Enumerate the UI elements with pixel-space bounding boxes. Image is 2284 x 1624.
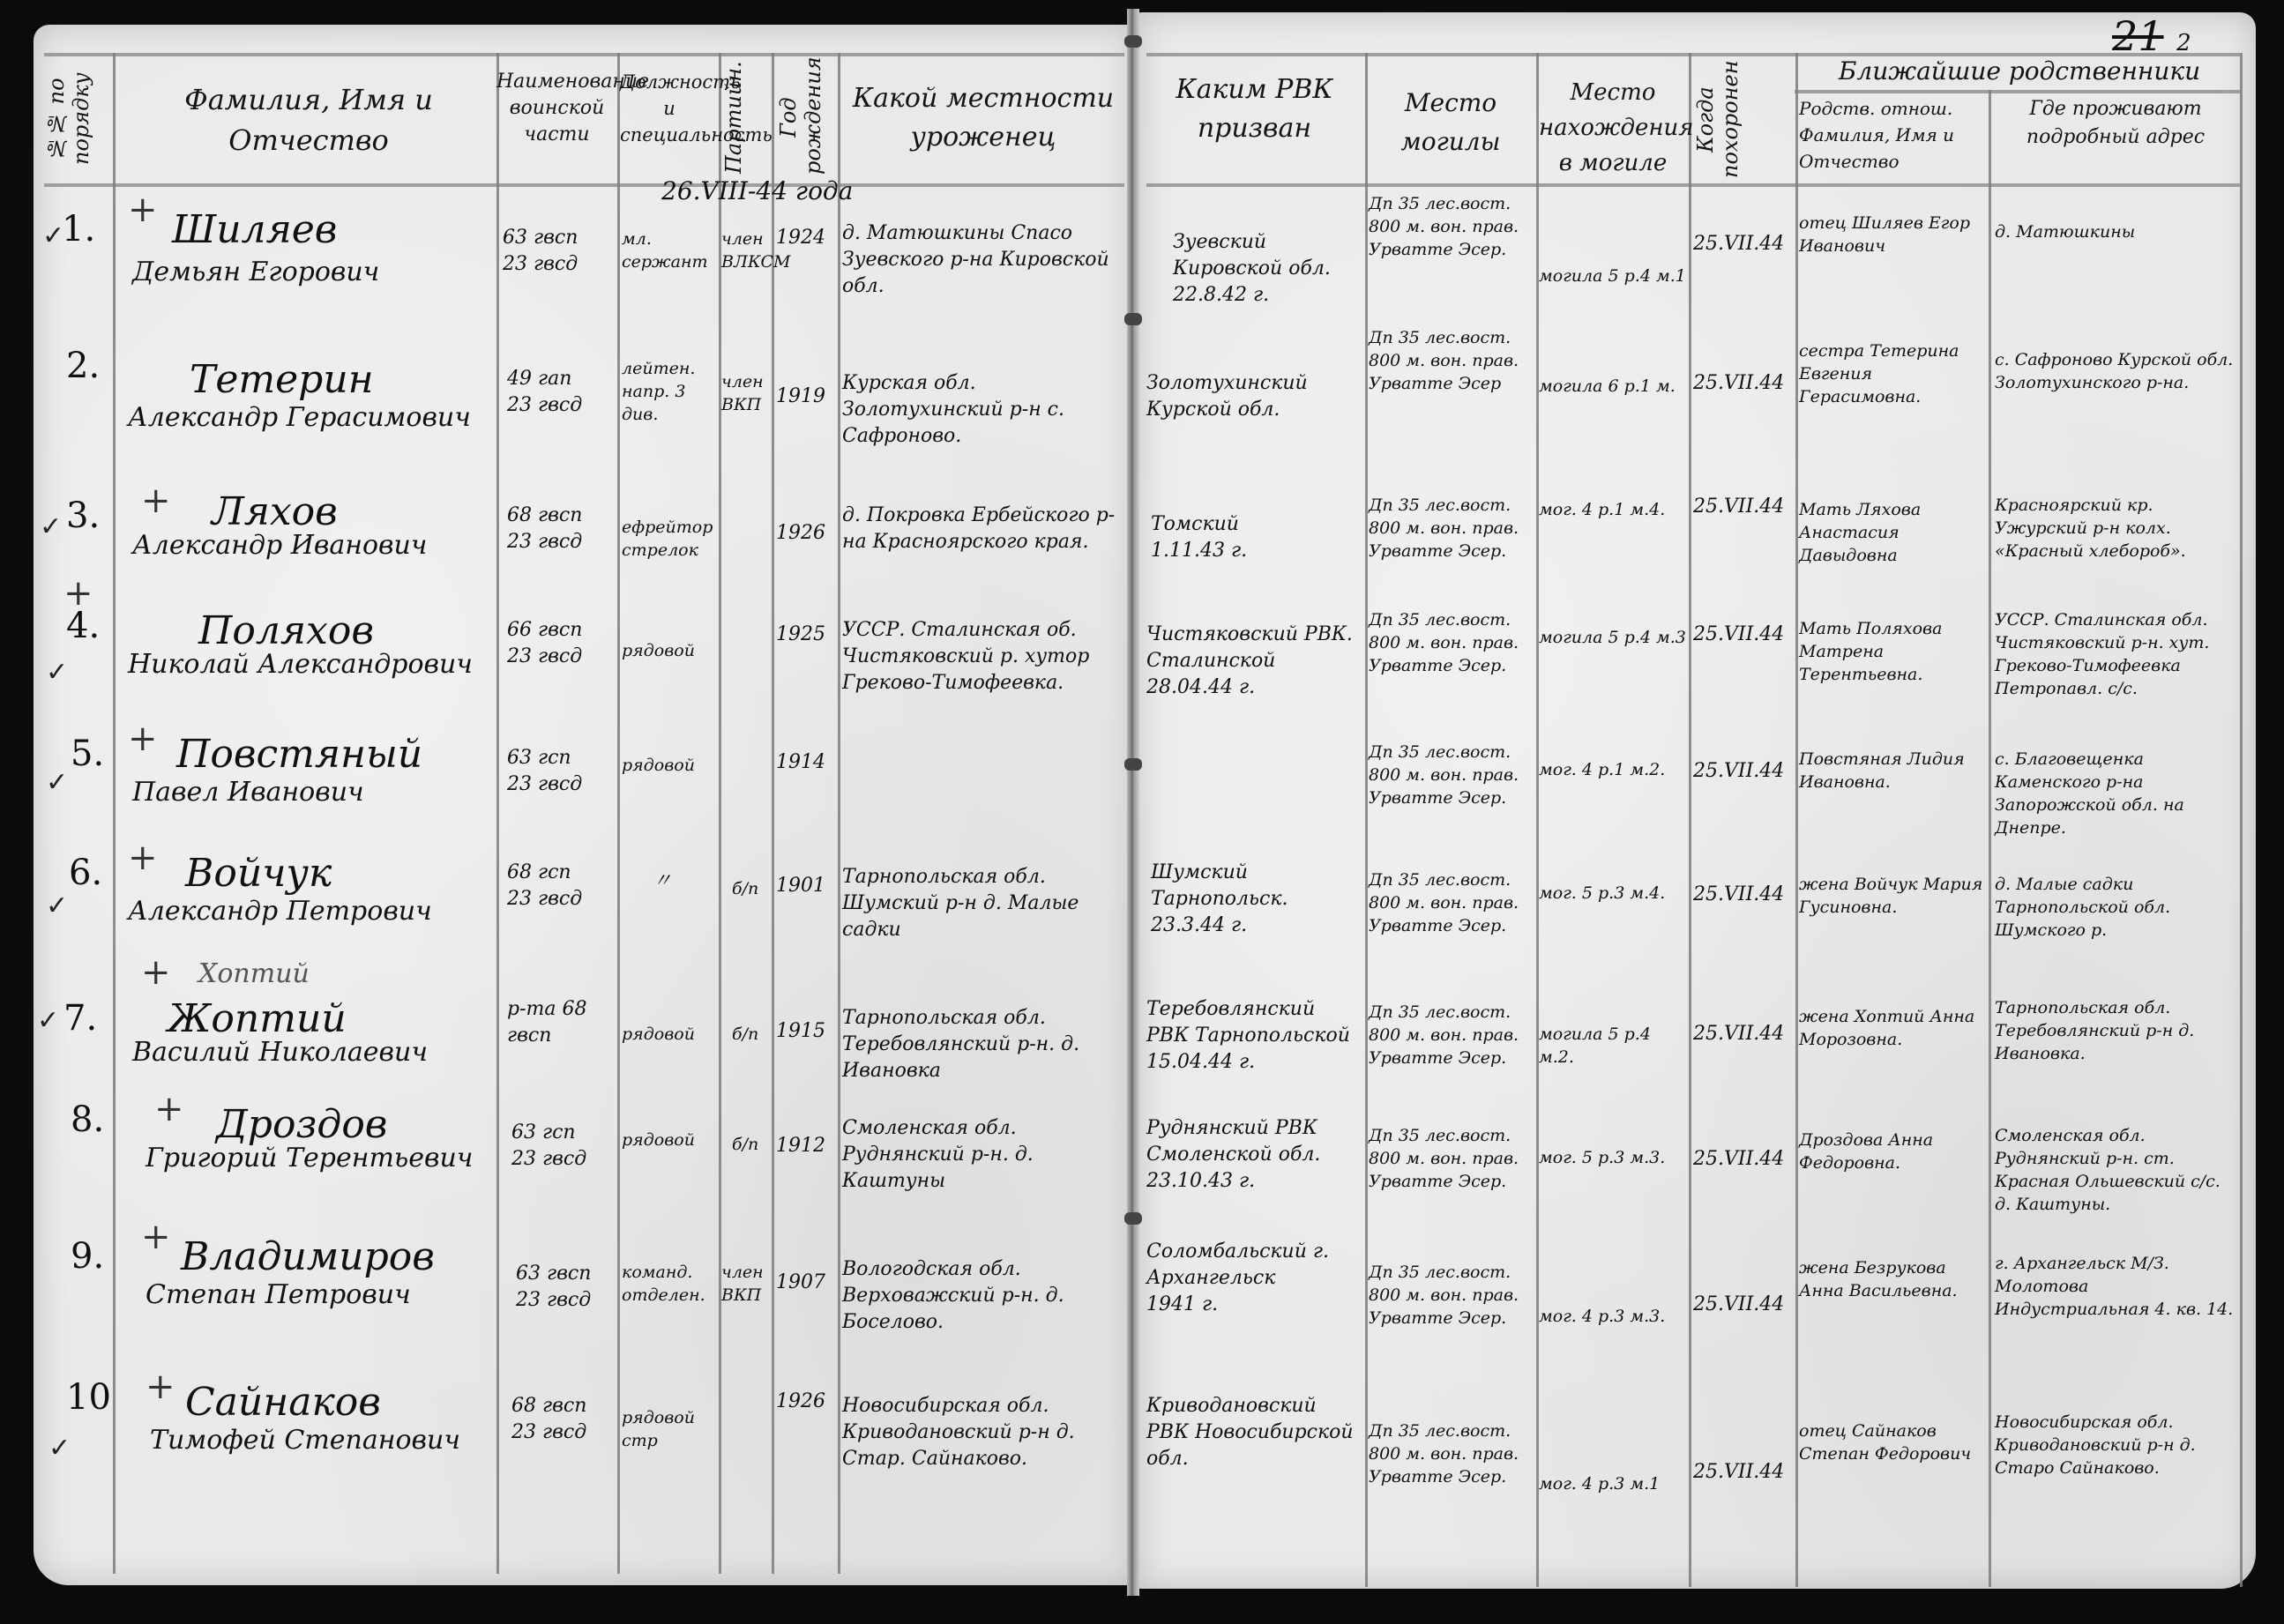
birth-year: 1901 xyxy=(776,873,825,899)
surname: Повстяный xyxy=(176,732,422,778)
rank: команд. отделен. xyxy=(622,1261,717,1307)
birth-year: 1907 xyxy=(776,1270,825,1296)
row-number: 4. xyxy=(66,613,100,639)
birth-year: 1915 xyxy=(776,1018,825,1045)
address: УССР. Сталинская обл. Чистяковский р-н. … xyxy=(1995,608,2237,700)
rvk: Руднянский РВК Смоленской обл. 23.10.43 … xyxy=(1146,1115,1362,1195)
header-birthplace: Какой местности уроженец xyxy=(847,79,1120,157)
rvk: Чистяковский РВК. Сталинской 28.04.44 г. xyxy=(1146,622,1362,701)
birth-year: 1926 xyxy=(776,1389,825,1415)
buried-date: 25.VII.44 xyxy=(1693,622,1792,648)
party: член ВКП xyxy=(721,1261,771,1307)
header-address: Где проживают подробный адрес xyxy=(1993,95,2238,152)
grave-position: мог. 5 р.3 м.3. xyxy=(1539,1146,1687,1169)
grave-position: могила 5 р.4 м.3 xyxy=(1539,626,1687,649)
row-number: 10 xyxy=(66,1384,111,1411)
buried-date: 25.VII.44 xyxy=(1693,758,1792,785)
rvk: Криводановский РВК Новосибирской обл. xyxy=(1146,1393,1362,1472)
buried-date: 25.VII.44 xyxy=(1693,231,1792,257)
address: д. Малые садки Тарнопольской обл. Шумско… xyxy=(1995,873,2237,942)
relative: Мать Поляхова Матрена Терентьевна. xyxy=(1799,617,1986,686)
cross-icon: + xyxy=(141,480,171,521)
buried-date: 25.VII.44 xyxy=(1693,1021,1792,1047)
col-divider xyxy=(1795,53,1798,1587)
birthplace: Тарнопольская обл. Теребовлянский р-н. д… xyxy=(842,1005,1123,1084)
surname-note: Хоптий xyxy=(198,961,310,987)
birthplace: Новосибирская обл. Криводановский р-н д.… xyxy=(842,1393,1123,1472)
relative: сестра Тетерина Евгения Герасимовна. xyxy=(1799,339,1986,408)
header-rank: Должность и специальность xyxy=(620,69,719,148)
rvk: Шумский Тарнопольск. 23.3.44 г. xyxy=(1151,860,1362,939)
birthplace: Курская обл. Золотухинский р-н с. Сафрон… xyxy=(842,370,1123,450)
given-names: Василий Николаевич xyxy=(132,1036,428,1069)
rule-header-bottom xyxy=(1146,183,2240,187)
rank: рядовой xyxy=(622,1023,717,1046)
given-names: Степан Петрович xyxy=(146,1278,411,1312)
rank: мл. сержант xyxy=(622,227,717,273)
col-divider xyxy=(1689,53,1691,1587)
header-date-annotation: 26.VIII-44 года xyxy=(661,176,853,205)
grave-place: Дп 35 лес.вост. 800 м. вон. прав. Урватт… xyxy=(1369,494,1534,562)
grave-position: могила 5 р.4 м.2. xyxy=(1539,1023,1687,1069)
rvk: Соломбальский г. Архангельск 1941 г. xyxy=(1146,1239,1362,1318)
given-names: Демьян Егорович xyxy=(132,256,379,289)
surname: Сайнаков xyxy=(185,1380,381,1426)
birth-year: 1925 xyxy=(776,622,825,648)
rule-relatives-group xyxy=(1795,90,2240,93)
grave-position: могила 6 р.1 м. xyxy=(1539,375,1687,398)
cross-icon: + xyxy=(146,1367,175,1407)
birthplace: д. Матюшкины Спасо Зуевского р-на Кировс… xyxy=(842,220,1123,300)
rule-top xyxy=(44,53,1124,56)
header-relative: Родств. отнош. Фамилия, Имя и Отчество xyxy=(1799,95,1986,175)
buried-date: 25.VII.44 xyxy=(1693,1459,1792,1486)
col-divider xyxy=(1365,53,1368,1587)
cross-icon: + xyxy=(128,190,158,230)
surname: Тетерин xyxy=(190,357,374,403)
header-grave-position: Место нахождения в могиле xyxy=(1539,75,1687,181)
birth-year: 1924 xyxy=(776,225,825,251)
birthplace: УССР. Сталинская об. Чистяковский р. хут… xyxy=(842,617,1123,697)
birthplace: Смоленская обл. Руднянский р-н. д. Кашту… xyxy=(842,1115,1123,1195)
relative: жена Войчук Мария Гусиновна. xyxy=(1799,873,1986,919)
col-divider xyxy=(617,53,620,1574)
grave-place: Дп 35 лес.вост. 800 м. вон. прав. Урватт… xyxy=(1369,741,1534,809)
surname: Владимиров xyxy=(181,1234,435,1280)
spine-stitch xyxy=(1124,35,1142,48)
rank: ефрейтор стрелок xyxy=(622,516,717,562)
header-name: Фамилия, Имя и Отчество xyxy=(132,79,485,160)
grave-position: мог. 4 р.3 м.1 xyxy=(1539,1472,1687,1495)
spine-stitch xyxy=(1124,1212,1142,1225)
relative: жена Хоптий Анна Морозовна. xyxy=(1799,1005,1986,1051)
header-no: №№ по порядку xyxy=(44,62,106,176)
birth-year: 1914 xyxy=(776,749,825,776)
check-mark-icon: ✓ xyxy=(37,1005,59,1036)
cross-icon: + xyxy=(128,719,158,759)
buried-date: 25.VII.44 xyxy=(1693,1146,1792,1173)
rank: лейтен. напр. 3 див. xyxy=(622,357,717,426)
rvk: Золотухинский Курской обл. xyxy=(1146,370,1362,423)
birthplace: Вологодская обл. Верховажский р-н. д. Бо… xyxy=(842,1256,1123,1336)
relative: Дроздова Анна Федоровна. xyxy=(1799,1129,1986,1174)
given-names: Павел Иванович xyxy=(132,776,364,809)
relative: отец Сайнаков Степан Федорович xyxy=(1799,1419,1986,1465)
rvk: Теребовлянский РВК Тарнопольской 15.04.4… xyxy=(1146,996,1362,1076)
rank: рядовой xyxy=(622,1129,717,1151)
grave-place: Дп 35 лес.вост. 800 м. вон. прав. Урватт… xyxy=(1369,1001,1534,1069)
relative: Повстяная Лидия Ивановна. xyxy=(1799,748,1986,793)
surname: Войчук xyxy=(185,851,332,897)
address: Смоленская обл. Руднянский р-н. ст. Крас… xyxy=(1995,1124,2237,1216)
grave-position: мог. 4 р.3 м.3. xyxy=(1539,1305,1687,1328)
buried-date: 25.VII.44 xyxy=(1693,1292,1792,1318)
check-mark-icon: ✓ xyxy=(40,511,62,542)
rank: 〃 xyxy=(653,868,672,895)
row-number: 6. xyxy=(69,860,102,886)
address: с. Благовещенка Каменского р-на Запорожс… xyxy=(1995,748,2237,839)
address: Новосибирская обл. Криводановский р-н д.… xyxy=(1995,1411,2237,1479)
given-names: Александр Иванович xyxy=(132,529,427,562)
unit: 68 гсп 23 гвсд xyxy=(507,860,582,913)
row-number: 9. xyxy=(71,1243,104,1270)
rank: рядовой стр xyxy=(622,1406,717,1452)
grave-place: Дп 35 лес.вост. 800 м. вон. прав. Урватт… xyxy=(1369,1419,1534,1488)
birth-year: 1919 xyxy=(776,384,825,410)
check-mark-icon: ✓ xyxy=(49,1433,71,1464)
page-edge-rule xyxy=(2240,53,2243,1587)
grave-place: Дп 35 лес.вост. 800 м. вон. прав. Урватт… xyxy=(1369,608,1534,677)
col-divider xyxy=(113,53,116,1574)
relative: отец Шиляев Егор Иванович xyxy=(1799,212,1986,257)
col-divider xyxy=(1989,90,1991,1587)
spine-stitch xyxy=(1124,313,1142,325)
grave-position: мог. 5 р.3 м.4. xyxy=(1539,882,1687,905)
given-names: Тимофей Степанович xyxy=(150,1424,460,1457)
cross-icon: + xyxy=(63,573,93,614)
cross-icon: + xyxy=(154,1089,184,1129)
cross-icon: + xyxy=(128,838,158,878)
party: член ВЛКСМ xyxy=(721,227,771,273)
unit: 63 гвсп 23 гвсд xyxy=(503,225,578,278)
cross-icon: + xyxy=(141,952,171,993)
header-grave-place: Место могилы xyxy=(1367,84,1534,161)
grave-position: могила 5 р.4 м.1 xyxy=(1539,264,1687,287)
check-mark-icon: ✓ xyxy=(46,890,68,921)
spine-stitch xyxy=(1124,758,1142,771)
buried-date: 25.VII.44 xyxy=(1693,882,1792,908)
unit: 49 гап 23 гвсд xyxy=(507,366,582,419)
check-mark-icon: ✓ xyxy=(46,657,68,688)
col-divider xyxy=(772,53,774,1574)
unit: р-та 68 гвсп xyxy=(507,996,586,1049)
row-number: 7. xyxy=(63,1005,97,1032)
grave-position: мог. 4 р.1 м.2. xyxy=(1539,758,1687,781)
given-names: Александр Герасимович xyxy=(128,401,471,435)
row-number: 5. xyxy=(71,741,104,767)
row-number: 8. xyxy=(71,1106,104,1133)
birthplace: Тарнопольская обл. Шумский р-н д. Малые … xyxy=(842,864,1123,943)
row-number: 3. xyxy=(66,503,100,529)
book-spine xyxy=(1127,9,1139,1596)
surname: Шиляев xyxy=(172,207,337,253)
birthplace: д. Покровка Ербейского р-на Красноярског… xyxy=(842,503,1123,555)
col-divider xyxy=(496,53,499,1574)
grave-place: Дп 35 лес.вост. 800 м. вон. прав. Урватт… xyxy=(1369,1124,1534,1193)
buried-date: 25.VII.44 xyxy=(1693,370,1792,397)
header-unit: Наименование воинской части xyxy=(496,69,617,148)
birth-year: 1926 xyxy=(776,520,825,547)
col-divider xyxy=(838,53,840,1574)
given-names: Николай Александрович xyxy=(128,648,473,682)
grave-place: Дп 35 лес.вост. 800 м. вон. прав. Урватт… xyxy=(1369,1261,1534,1330)
unit: 63 гсп 23 гвсд xyxy=(511,1120,586,1173)
col-divider xyxy=(719,53,721,1574)
given-names: Григорий Терентьевич xyxy=(146,1142,473,1175)
unit: 66 гвсп 23 гвсд xyxy=(507,617,582,670)
address: Красноярский кр. Ужурский р-н колх. «Кра… xyxy=(1995,494,2237,562)
header-relatives-group: Ближайшие родственники xyxy=(1799,53,2240,90)
rvk: Томский 1.11.43 г. xyxy=(1151,511,1362,564)
party: б/п xyxy=(732,877,772,900)
unit: 63 гсп 23 гвсд xyxy=(507,745,582,798)
address: Тарнопольская обл. Теребовлянский р-н д.… xyxy=(1995,996,2237,1065)
unit: 68 гвсп 23 гвсд xyxy=(507,503,582,555)
address: г. Архангельск М/З. Молотова Индустриаль… xyxy=(1995,1252,2237,1321)
header-buried: Когда похоронен xyxy=(1693,60,1792,179)
grave-place: Дп 35 лес.вост. 800 м. вон. прав. Урватт… xyxy=(1369,192,1534,261)
given-names: Александр Петрович xyxy=(128,895,432,928)
header-birth-year: Год рождения xyxy=(776,60,833,175)
header-rvk: Каким РВК призван xyxy=(1146,71,1362,148)
relative: жена Безрукова Анна Васильевна. xyxy=(1799,1256,1986,1302)
unit: 63 гвсп 23 гвсд xyxy=(516,1261,591,1314)
cross-icon: + xyxy=(141,1217,171,1257)
check-mark-icon: ✓ xyxy=(42,220,64,251)
buried-date: 25.VII.44 xyxy=(1693,494,1792,520)
rule-header-bottom xyxy=(44,183,1124,187)
address: с. Сафроново Курской обл. Золотухинского… xyxy=(1995,348,2237,394)
grave-place: Дп 35 лес.вост. 800 м. вон. прав. Урватт… xyxy=(1369,868,1534,937)
check-mark-icon: ✓ xyxy=(46,767,68,798)
grave-position: мог. 4 р.1 м.4. xyxy=(1539,498,1687,521)
row-number: 2. xyxy=(66,353,100,379)
birth-year: 1912 xyxy=(776,1133,825,1159)
party: б/п xyxy=(732,1023,772,1046)
rank: рядовой xyxy=(622,754,717,777)
party: б/п xyxy=(732,1133,772,1156)
rvk: Зуевский Кировской обл. 22.8.42 г. xyxy=(1173,229,1362,309)
grave-place: Дп 35 лес.вост. 800 м. вон. прав. Урватт… xyxy=(1369,326,1534,395)
row-number: 1. xyxy=(62,216,95,242)
party: член ВКП xyxy=(721,370,771,416)
address: д. Матюшкины xyxy=(1995,220,2237,243)
rank: рядовой xyxy=(622,639,717,662)
unit: 68 гвсп 23 гвсд xyxy=(511,1393,586,1446)
relative: Мать Ляхова Анастасия Давыдовна xyxy=(1799,498,1986,567)
header-party: Партийн. xyxy=(721,60,769,175)
